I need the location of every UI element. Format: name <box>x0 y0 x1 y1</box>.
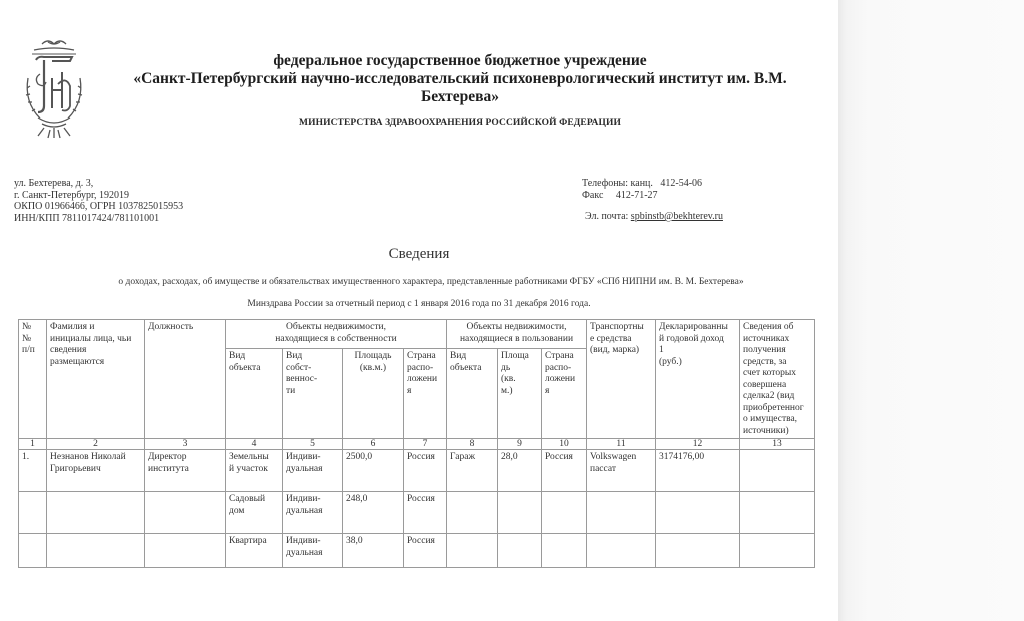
address-street: ул. Бехтерева, д. 3, <box>14 178 183 190</box>
cell-owned-type: Квартира <box>226 534 283 568</box>
cell-owned-area: 2500,0 <box>343 450 404 492</box>
column-number: 9 <box>498 439 542 450</box>
scan-margin <box>838 0 1024 621</box>
header-name: Фамилия и инициалы лица, чьи сведения ра… <box>47 320 145 439</box>
inn-kpp: ИНН/КПП 7811017424/781101001 <box>14 213 183 225</box>
organization-name: федеральное государственное бюджетное уч… <box>100 52 820 106</box>
cell-num <box>19 492 47 534</box>
cell-sources <box>740 492 815 534</box>
column-number: 2 <box>47 439 145 450</box>
cell-vehicles <box>587 492 656 534</box>
header-position: Должность <box>145 320 226 439</box>
table-row: Садовый домИндиви- дуальная248,0Россия <box>19 492 815 534</box>
table-body: 1.Незнанов Николай ГригорьевичДиректор и… <box>19 450 815 568</box>
email-link[interactable]: spbinstb@bekhterev.ru <box>631 211 723 222</box>
table-row: КвартираИндиви- дуальная38,0Россия <box>19 534 815 568</box>
cell-position: Директор института <box>145 450 226 492</box>
cell-name <box>47 534 145 568</box>
email-row: Эл. почта: spbinstb@bekhterev.ru <box>585 211 723 223</box>
cell-name: Незнанов Николай Григорьевич <box>47 450 145 492</box>
header-used-country: Страна распо- ложени я <box>542 349 587 439</box>
header-income: Декларированны й годовой доход 1 (руб.) <box>656 320 740 439</box>
cell-used-country <box>542 492 587 534</box>
phones: Телефоны: канц. 412-54-06 <box>582 178 723 190</box>
email-label: Эл. почта: <box>585 211 631 222</box>
cell-owned-type: Садовый дом <box>226 492 283 534</box>
cell-used-type: Гараж <box>447 450 498 492</box>
header-vehicles: Транспортны е средства (вид, марка) <box>587 320 656 439</box>
column-number: 11 <box>587 439 656 450</box>
header-owned-area: Площадь (кв.м.) <box>343 349 404 439</box>
column-number: 8 <box>447 439 498 450</box>
cell-income <box>656 492 740 534</box>
column-number: 7 <box>404 439 447 450</box>
address-city: г. Санкт-Петербург, 192019 <box>14 190 183 202</box>
contacts-block: Телефоны: канц. 412-54-06 Факс 412-71-27… <box>582 178 723 223</box>
header-owned-type: Вид объекта <box>226 349 283 439</box>
column-number: 13 <box>740 439 815 450</box>
ministry-name: МИНИСТЕРСТВА ЗДРАВООХРАНЕНИЯ РОССИЙСКОЙ … <box>100 118 820 128</box>
scanned-document-page: федеральное государственное бюджетное уч… <box>0 0 1024 621</box>
cell-num <box>19 534 47 568</box>
cell-used-area <box>498 534 542 568</box>
cell-used-area <box>498 492 542 534</box>
org-line-2: «Санкт-Петербургский научно-исследовател… <box>100 70 820 88</box>
header-owned-country: Страна распо- ложени я <box>404 349 447 439</box>
column-number: 5 <box>283 439 343 450</box>
document-subtitle-2: Минздрава России за отчетный период с 1 … <box>0 299 838 309</box>
cell-owned-ownership: Индиви- дуальная <box>283 450 343 492</box>
cell-vehicles: Volkswagen пассат <box>587 450 656 492</box>
header-num: № № п/п <box>19 320 47 439</box>
cell-position <box>145 534 226 568</box>
fax: Факс 412-71-27 <box>582 190 723 202</box>
cell-owned-country: Россия <box>404 492 447 534</box>
column-number: 4 <box>226 439 283 450</box>
institute-emblem-icon <box>22 38 86 142</box>
address-block: ул. Бехтерева, д. 3, г. Санкт-Петербург,… <box>14 178 183 224</box>
cell-num: 1. <box>19 450 47 492</box>
column-number: 12 <box>656 439 740 450</box>
column-number: 1 <box>19 439 47 450</box>
cell-used-type <box>447 492 498 534</box>
header-used-type: Вид объекта <box>447 349 498 439</box>
cell-owned-country: Россия <box>404 534 447 568</box>
org-line-3: Бехтерева» <box>100 88 820 106</box>
cell-used-country: Россия <box>542 450 587 492</box>
header-row-1: № № п/п Фамилия и инициалы лица, чьи све… <box>19 320 815 349</box>
column-number: 3 <box>145 439 226 450</box>
cell-owned-area: 248,0 <box>343 492 404 534</box>
cell-owned-type: Земельны й участок <box>226 450 283 492</box>
cell-income: 3174176,00 <box>656 450 740 492</box>
header-owned-ownership: Вид собст- веннос- ти <box>283 349 343 439</box>
document-subtitle-1: о доходах, расходах, об имуществе и обяз… <box>0 277 862 287</box>
cell-income <box>656 534 740 568</box>
cell-owned-country: Россия <box>404 450 447 492</box>
cell-owned-ownership: Индиви- дуальная <box>283 492 343 534</box>
cell-name <box>47 492 145 534</box>
cell-owned-ownership: Индиви- дуальная <box>283 534 343 568</box>
cell-used-country <box>542 534 587 568</box>
header-used-area: Площа дь (кв. м.) <box>498 349 542 439</box>
header-used-property: Объекты недвижимости, находящиеся в поль… <box>447 320 587 349</box>
declaration-table: № № п/п Фамилия и инициалы лица, чьи све… <box>18 319 815 568</box>
column-number: 6 <box>343 439 404 450</box>
okpo-ogrn: ОКПО 01966466, ОГРН 1037825015953 <box>14 201 183 213</box>
cell-position <box>145 492 226 534</box>
table-row: 1.Незнанов Николай ГригорьевичДиректор и… <box>19 450 815 492</box>
cell-sources <box>740 534 815 568</box>
document-title: Сведения <box>0 246 838 263</box>
org-line-1: федеральное государственное бюджетное уч… <box>100 52 820 70</box>
column-number: 10 <box>542 439 587 450</box>
cell-sources <box>740 450 815 492</box>
cell-used-area: 28,0 <box>498 450 542 492</box>
column-numbers-row: 12345678910111213 <box>19 439 815 450</box>
cell-vehicles <box>587 534 656 568</box>
header-sources: Сведения об источниках получения средств… <box>740 320 815 439</box>
cell-used-type <box>447 534 498 568</box>
header-owned-property: Объекты недвижимости, находящиеся в собс… <box>226 320 447 349</box>
cell-owned-area: 38,0 <box>343 534 404 568</box>
